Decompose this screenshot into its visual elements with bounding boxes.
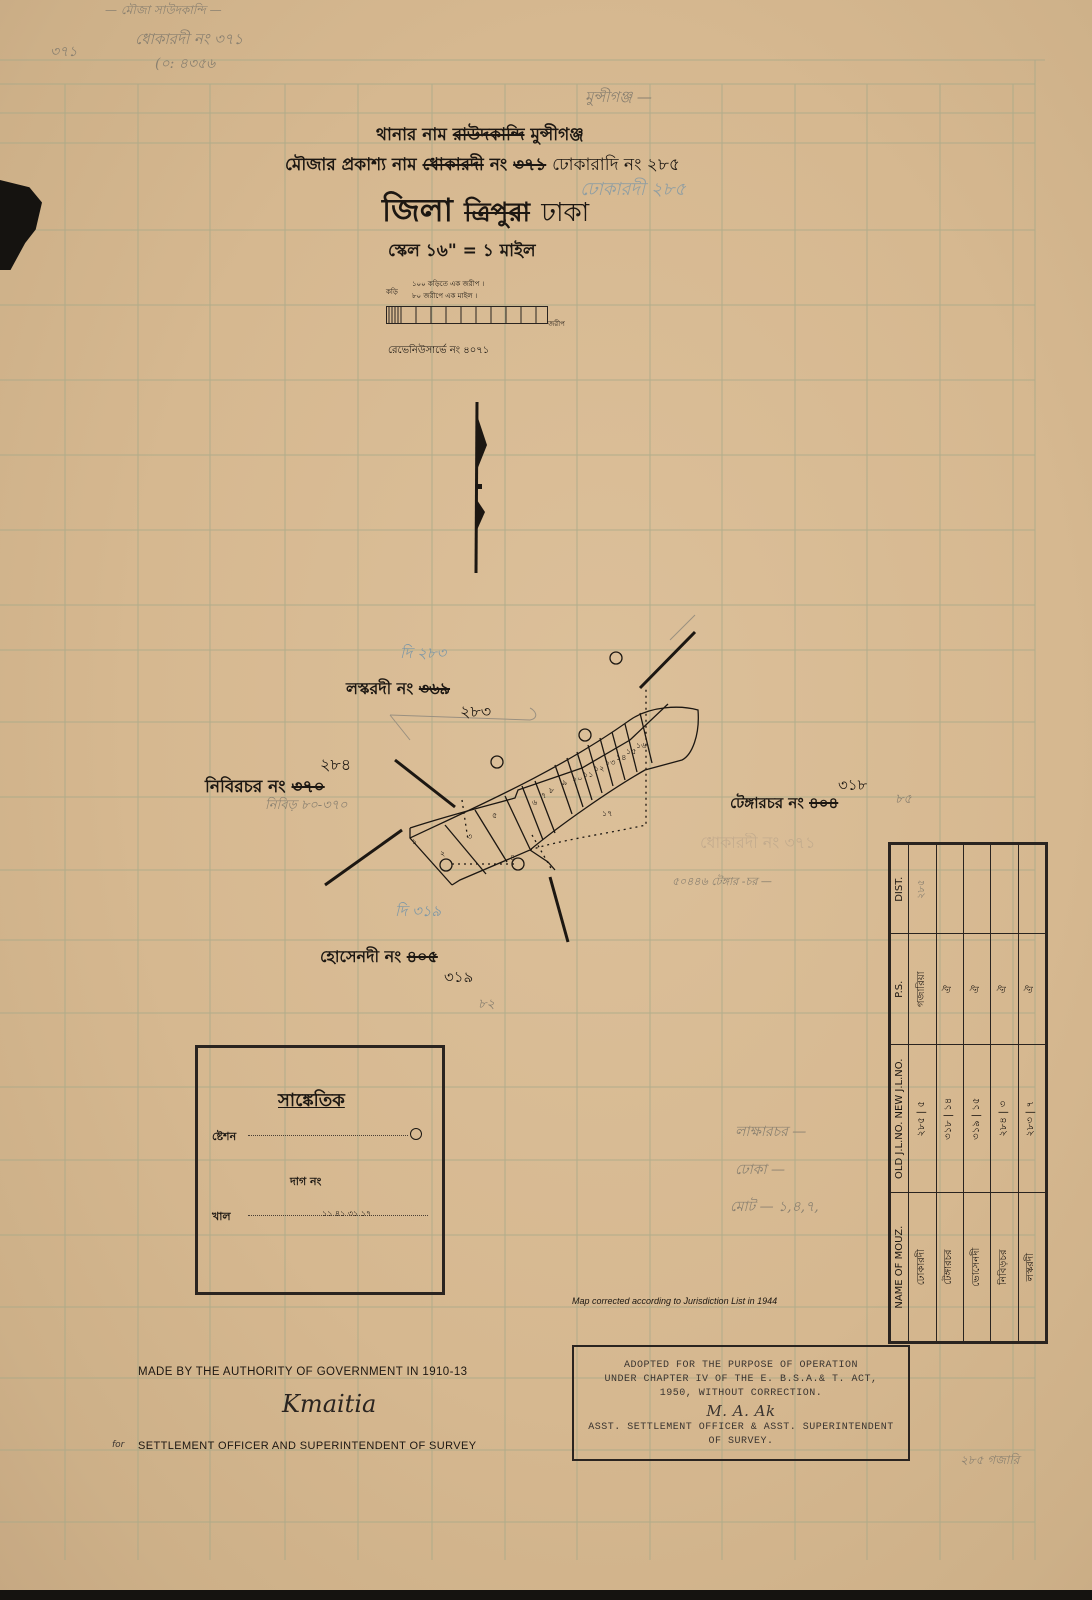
- th-jl-no: OLD J.L.NO. NEW J.L.NO.: [891, 1045, 909, 1193]
- svg-text:৬: ৬: [532, 798, 537, 807]
- scale-bar-ticks-icon: [387, 307, 547, 323]
- legend-station-line: [248, 1135, 408, 1136]
- neighbor-west-old-no: ৩৭০: [292, 777, 325, 797]
- authority-line: MADE BY THE AUTHORITY OF GOVERNMENT IN 1…: [138, 1366, 467, 1378]
- svg-text:৯: ৯: [562, 778, 567, 787]
- adoption-stamp: ADOPTED FOR THE PURPOSE OF OPERATION UND…: [572, 1345, 910, 1461]
- table-row: ভোসেনদী ৩১৯ | ১৫ ঐ: [963, 845, 990, 1342]
- neighbor-north-new-no: ২৮৩: [460, 699, 491, 726]
- correction-note: Map corrected according to Jurisdiction …: [572, 1296, 777, 1306]
- district-old: ত্রিপুরা: [464, 198, 530, 228]
- revenue-survey-no: রেভেনিউসার্ভে নং ৪০৭১: [388, 343, 489, 360]
- scale-text: স্কেল ১৬" = ১ মাইল: [388, 238, 536, 266]
- table-row: নিবিড়চর ২৮৪ | ৩ ঐ: [991, 845, 1018, 1342]
- th-dist: DIST.: [891, 845, 909, 934]
- neighbor-south: হোসেনদী নং ৪০৫: [320, 944, 438, 971]
- legend-khal-numbers: ১১ ৪১ ৩১ ১৭: [322, 1208, 371, 1221]
- th-ps: P.S.: [891, 934, 909, 1045]
- svg-text:১৬: ১৬: [636, 741, 646, 750]
- svg-text:১০: ১০: [572, 774, 582, 783]
- district-new: ঢাকা: [541, 198, 589, 228]
- neighbor-north-pencil: দি ২৮৩: [400, 642, 446, 667]
- pencil-note-east: ৫০৪৪৬ টেঙ্গার -চর —: [672, 873, 772, 892]
- mouza-new: ঢোকারাদি নং ২৮৫: [552, 155, 680, 175]
- svg-text:৪: ৪: [510, 853, 515, 862]
- legend-title: সাঙ্কেতিক: [278, 1086, 345, 1117]
- pencil-note-right-2: ঢোকা —: [735, 1158, 785, 1182]
- neighbor-east-new-no: ৩১৮: [838, 774, 867, 799]
- district-line: জিলা ত্রিপুরা ঢাকা: [382, 185, 589, 239]
- map-sheet: — মৌজা সাউদকান্দি — ধোকারদী নং ৩৭১ ৩৭১ (…: [0, 0, 1092, 1600]
- for-prefix: for: [112, 1440, 124, 1450]
- neighbor-north: লস্করদী নং ৩৬৯: [346, 676, 450, 703]
- neighbor-east-name: টেঙ্গারচর নং: [730, 794, 804, 812]
- svg-text:৫: ৫: [492, 811, 497, 820]
- neighbor-south-old-no: ৪০৫: [407, 947, 438, 966]
- mouza-old-name: ধোকারদী: [422, 155, 483, 175]
- scale-line2: ৮০ জরীপে এক মাইল ।: [412, 290, 477, 302]
- neighbor-east-old-no: ৪০৪: [809, 794, 838, 812]
- scale-bar: [386, 306, 548, 324]
- table-row: লস্করদী ২৮৩ | ৭ ঐ: [1018, 845, 1045, 1342]
- scan-bottom-edge: [0, 1590, 1092, 1600]
- scale-left-label: কড়ি: [386, 286, 398, 298]
- legend-khal-label: খাল: [212, 1208, 231, 1227]
- svg-text:৮: ৮: [549, 786, 555, 795]
- pencil-note-line3: (০: ৪৩৫৬: [155, 52, 215, 76]
- svg-text:১২: ১২: [594, 764, 604, 773]
- svg-text:১৩: ১৩: [605, 758, 615, 767]
- svg-text:২: ২: [440, 849, 445, 858]
- signature-left: Kmaitia: [282, 1390, 376, 1418]
- neighbor-west-pencil: নিবিড় ৮০-৩৭০: [265, 796, 348, 817]
- station-circle-icon: [410, 1128, 422, 1140]
- district-label: জিলা: [382, 191, 453, 229]
- svg-text:৩: ৩: [467, 832, 472, 841]
- pencil-note-munshiganj: মুন্সীগঞ্জ —: [585, 86, 652, 111]
- scale-line1: ১০০ কড়িতে এক জরীপ ।: [412, 278, 484, 290]
- svg-text:১৭: ১৭: [602, 809, 612, 818]
- neighbor-north-old-no: ৩৬৯: [419, 679, 450, 698]
- th-name: NAME OF MOUZ.: [891, 1193, 909, 1342]
- thana-label: থানার নাম: [376, 125, 447, 145]
- neighbor-west-name: নিবিরচর নং: [205, 777, 286, 797]
- neighbor-south-name: হোসেনদী নং: [320, 947, 401, 966]
- neighbor-south-pencil: দি ৩১৯: [395, 900, 441, 925]
- legend-plot-no-label: দাগ নং: [290, 1173, 321, 1192]
- mouza-old-no: ৩৭১: [513, 155, 546, 175]
- pencil-note-corner: ২৮৫ গজারি: [960, 1452, 1019, 1472]
- pencil-note-right-3: মোট — ১,৪,৭,: [730, 1195, 819, 1219]
- legend-station-label: ষ্টেশন: [212, 1128, 236, 1147]
- pencil-note-right-1: লাক্ষারচর —: [735, 1120, 806, 1144]
- table-row: টেঙ্গারচর ৩১৮ | ১৪ ঐ: [936, 845, 963, 1342]
- pencil-note-bottom: ৮২: [478, 995, 495, 1016]
- table-row: ঢোকারদী ২৮৫ | ৫ গজারিয়া ২৮৫: [909, 845, 936, 1342]
- scale-right-label: জরীপ: [548, 318, 565, 330]
- svg-text:৭: ৭: [541, 791, 546, 800]
- neighbor-east: টেঙ্গারচর নং ৪০৪: [730, 792, 838, 817]
- pencil-note-line1: — মৌজা সাউদকান্দি —: [105, 2, 222, 22]
- ghost-label-east: ধোকারদী নং ৩৭১: [700, 830, 816, 857]
- neighbor-north-name: লস্করদী নং: [346, 679, 413, 698]
- svg-text:১৫: ১৫: [626, 747, 636, 756]
- mouza-plot-map: ১ ২ ৩ ৪ ৫ ৬ ৭ ৮ ৯ ১০ ১১ ১২ ১৩ ১৪ ১৫ ১৬ ১…: [300, 600, 720, 960]
- mouza-line: মৌজার প্রকাশ্য নাম ধোকারদী নং ৩৭১ ঢোকারা…: [285, 152, 680, 180]
- neighbor-east-pencil: ৮৫: [895, 790, 912, 811]
- mouza-no-label: নং: [490, 155, 507, 175]
- neighbor-south-new-no: ৩১৯: [444, 966, 473, 991]
- officer-title: SETTLEMENT OFFICER AND SUPERINTENDENT OF…: [138, 1440, 476, 1452]
- svg-text:১: ১: [412, 837, 417, 846]
- thana-line: থানার নাম রাউদকান্দি মুন্সীগঞ্জ: [376, 122, 584, 150]
- thana-old: রাউদকান্দি: [453, 125, 525, 145]
- pencil-note-left-no: ৩৭১: [50, 40, 77, 64]
- stamp-signature: M. A. Ak: [574, 1401, 908, 1421]
- north-arrow-icon: [465, 400, 495, 575]
- svg-text:১১: ১১: [583, 770, 593, 779]
- thana-new: মুন্সীগঞ্জ: [530, 125, 583, 145]
- legend-box: সাঙ্কেতিক ষ্টেশন দাগ নং খাল ১১ ৪১ ৩১ ১৭: [195, 1045, 445, 1295]
- pencil-note-line2: ধোকারদী নং ৩৭১: [135, 28, 243, 53]
- mouza-label: মৌজার প্রকাশ্য নাম: [285, 155, 417, 175]
- svg-text:১৪: ১৪: [616, 753, 626, 762]
- jurisdiction-table: NAME OF MOUZ. OLD J.L.NO. NEW J.L.NO. P.…: [888, 842, 1048, 1344]
